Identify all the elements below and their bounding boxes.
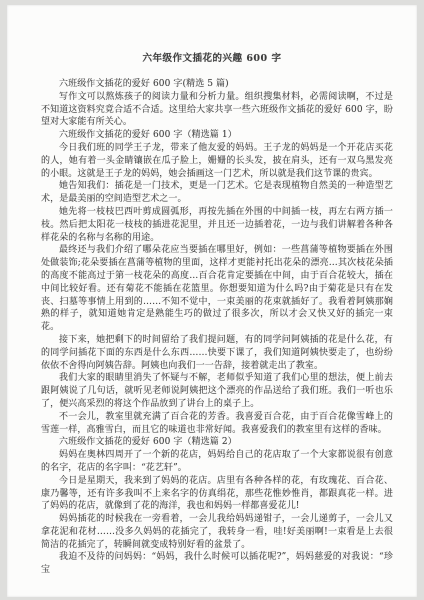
page-title: 六年级作文插花的兴趣 600 字	[7, 5, 417, 64]
paragraph: 六班级作文插花的爱好 600 字(精选 5 篇)	[41, 78, 393, 91]
paragraph: 今日我们班的同学王子龙，带来了他友爱的妈妈。王子龙的妈妈是一个开花店买花的人，她…	[41, 142, 393, 180]
paragraph: 接下来，她把剩下的时间留给了我们提问题，有的同学问阿姨插的花是什么花，有的同学问…	[41, 334, 393, 372]
paragraph: 她告知我们：插花是一门技术，更是一门艺术。它是表现植物自然美的一种造型艺术，是最…	[41, 180, 393, 206]
paragraph: 六班级作文插花的爱好 600 字（精选篇 2）	[41, 436, 393, 449]
document-page: 六年级作文插花的兴趣 600 字 六班级作文插花的爱好 600 字(精选 5 篇…	[7, 5, 417, 597]
paragraph: 我迫不及待的问妈妈：“妈妈，我什么时候可以插花呢?”，妈妈慈爱的对我说：“珍宝	[41, 551, 393, 577]
paragraph: 今日是星期天，我来到了妈妈的花店。店里有各种各样的花，有玫瑰花、百合花、康乃馨等…	[41, 475, 393, 513]
paragraph: 她先将一枝枝巴西叶剪成圆弧形，再按先插在外围的中间插一枝，再左右两方插一枝。然后…	[41, 206, 393, 244]
paragraph: 不一会儿，教室里就充满了百合花的芳香。我喜爱百合花，由于百合花像雪峰上的雪莲一样…	[41, 411, 393, 437]
paragraph: 写作文可以熬炼孩子的阅读力量和分析力量。组织搜集材料，必需阅读啊，不过是不知道这…	[41, 91, 393, 129]
paragraph: 最终还与我们介绍了哪朵花应当要插在哪里好，例如：一些菖蒲等植物要插在外围处做装饰…	[41, 244, 393, 334]
document-body: 六班级作文插花的爱好 600 字(精选 5 篇)写作文可以熬炼孩子的阅读力量和分…	[41, 78, 393, 577]
paragraph: 妈妈插花的时候我在一旁看着，一会儿我给妈妈递钳子，一会儿递剪子，一会儿又拿花泥和…	[41, 513, 393, 551]
paragraph: 我们大家的眼睛里消失了怀疑与不解，老师似乎知道了我们心里的想法，便上前去跟阿姨说…	[41, 372, 393, 410]
paragraph: 六班级作文插花的爱好 600 字（精选篇 1）	[41, 129, 393, 142]
paragraph: 妈妈在奥林四周开了一个新的花店，妈妈给自己的花店取了一个大家都说很有创意的名字，…	[41, 449, 393, 475]
scanned-document-viewport: 六年级作文插花的兴趣 600 字 六班级作文插花的爱好 600 字(精选 5 篇…	[0, 0, 424, 600]
